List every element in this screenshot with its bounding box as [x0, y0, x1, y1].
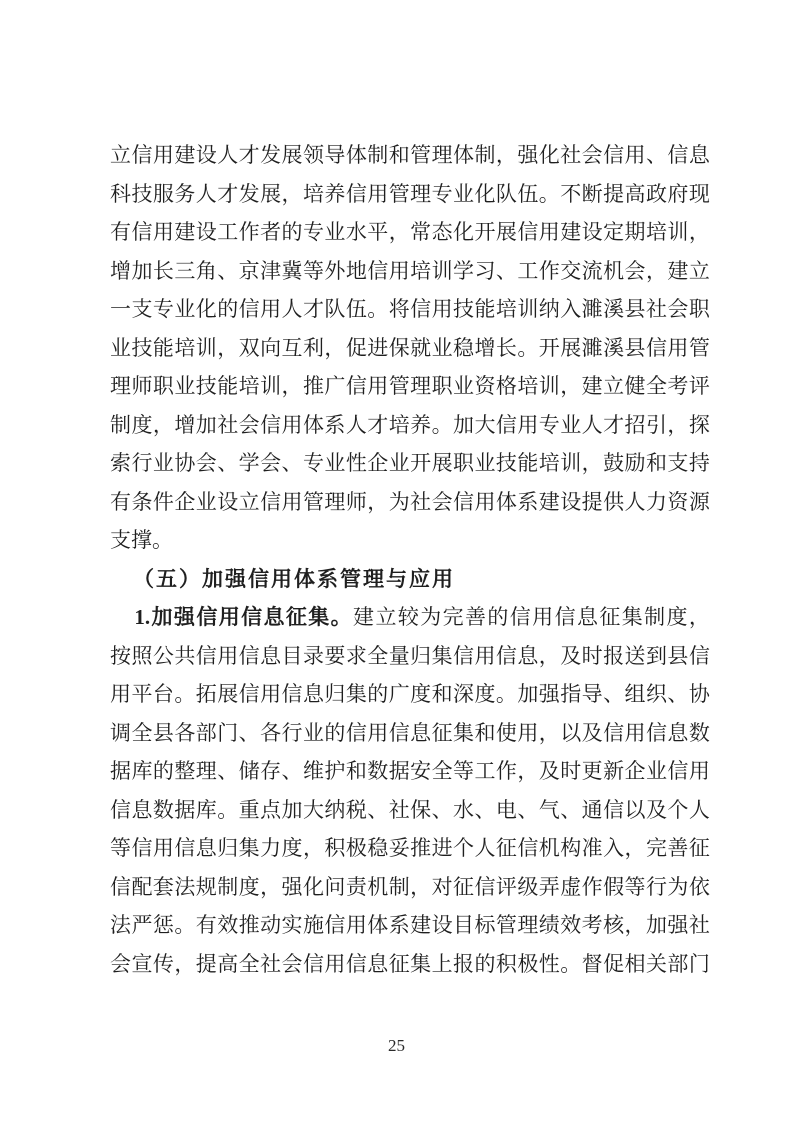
text-line: 增加长三角、京津冀等外地信用培训学习、工作交流机会，建立: [110, 252, 710, 291]
section-heading: （五）加强信用体系管理与应用: [110, 560, 710, 599]
text-line: 制度，增加社会信用体系人才培养。加大信用专业人才招引，探: [110, 406, 710, 445]
text-line: 法严惩。有效推动实施信用体系建设目标管理绩效考核，加强社: [110, 906, 710, 945]
page-number: 25: [0, 1036, 793, 1056]
document-body: 立信用建设人才发展领导体制和管理体制，强化社会信用、信息科技服务人才发展，培养信…: [110, 136, 710, 983]
text-line: 按照公共信用信息目录要求全量归集信用信息，及时报送到县信: [110, 637, 710, 676]
text-line: 业技能培训，双向互利，促进保就业稳增长。开展濉溪县信用管: [110, 329, 710, 368]
text-line: 调全县各部门、各行业的信用信息征集和使用，以及信用信息数: [110, 714, 710, 753]
text-line: 用平台。拓展信用信息归集的广度和深度。加强指导、组织、协: [110, 675, 710, 714]
text-line: 理师职业技能培训，推广信用管理职业资格培训，建立健全考评: [110, 367, 710, 406]
text-line: 支撑。: [110, 521, 710, 560]
text-line: 信息数据库。重点加大纳税、社保、水、电、气、通信以及个人: [110, 791, 710, 830]
document-page: 立信用建设人才发展领导体制和管理体制，强化社会信用、信息科技服务人才发展，培养信…: [0, 0, 793, 1122]
text-line: 一支专业化的信用人才队伍。将信用技能培训纳入濉溪县社会职: [110, 290, 710, 329]
text-line: 有条件企业设立信用管理师，为社会信用体系建设提供人力资源: [110, 483, 710, 522]
text-line: 索行业协会、学会、专业性企业开展职业技能培训，鼓励和支持: [110, 444, 710, 483]
text-line: 会宣传，提高全社会信用信息征集上报的积极性。督促相关部门: [110, 945, 710, 984]
text-line: 立信用建设人才发展领导体制和管理体制，强化社会信用、信息: [110, 136, 710, 175]
text-line: 有信用建设工作者的专业水平，常态化开展信用建设定期培训，: [110, 213, 710, 252]
text-line: 1.加强信用信息征集。建立较为完善的信用信息征集制度，: [110, 598, 710, 637]
text-line: 信配套法规制度，强化问责机制，对征信评级弄虚作假等行为依: [110, 868, 710, 907]
text-line: 科技服务人才发展，培养信用管理专业化队伍。不断提高政府现: [110, 175, 710, 214]
text-line: 据库的整理、储存、维护和数据安全等工作，及时更新企业信用: [110, 752, 710, 791]
text-line: 等信用信息归集力度，积极稳妥推进个人征信机构准入，完善征: [110, 829, 710, 868]
